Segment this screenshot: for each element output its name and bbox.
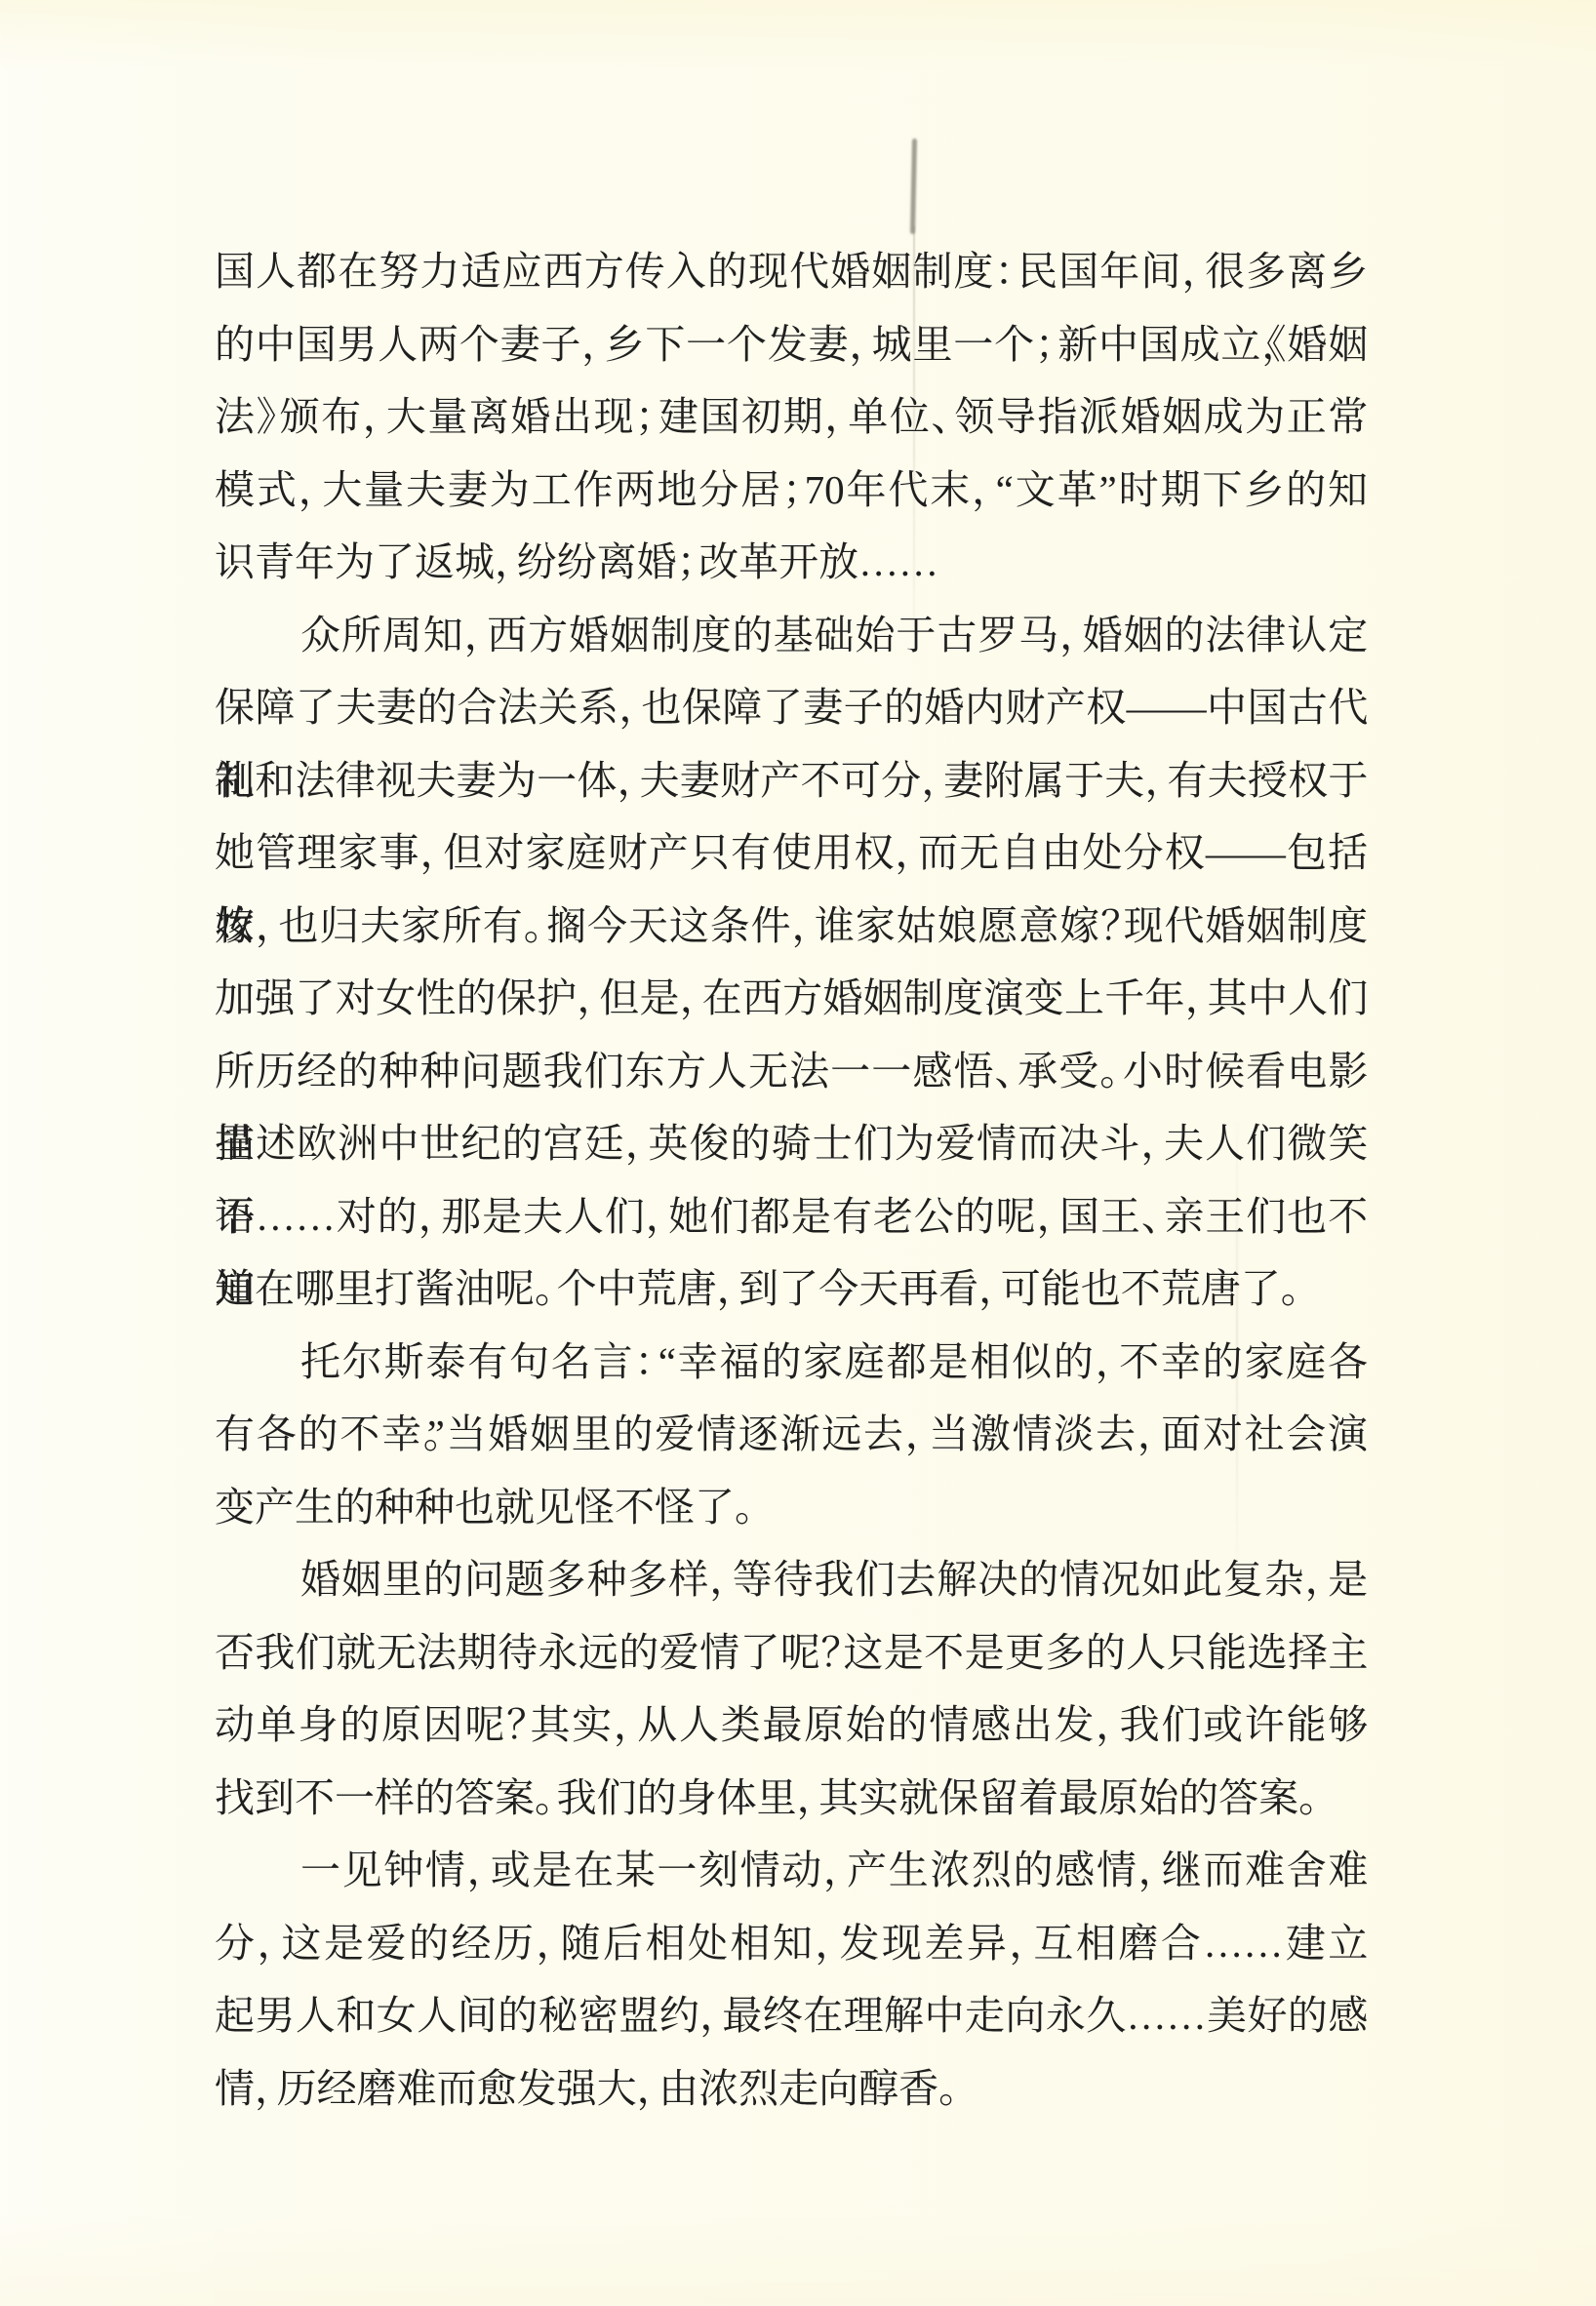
text-line-17: 有各的不幸。”当婚姻里的爱情逐渐远去，当激情淡去，面对社会演: [215, 1398, 1368, 1471]
punctuation: ，: [1059, 613, 1100, 657]
text-line-4: 模式，大量夫妻为工作两地分居；70年代末，“文革”时期下乡的知: [215, 454, 1368, 527]
text-line-24: 分，这是爱的经历，随后相处相知，发现差异，互相磨合……建立: [215, 1907, 1368, 1980]
text-line-2: 的中国男人两个妻子，乡下一个发妻，城里一个；新中国成立，《婚姻: [215, 308, 1368, 381]
punctuation: 。: [735, 1485, 775, 1530]
text-line-11: 加强了对女性的保护，但是，在西方婚姻制度演变上千年，其中人们: [215, 962, 1368, 1035]
text-line-7: 保障了夫妻的合法关系，也保障了妻子的婚内财产权——中国古代礼: [215, 671, 1368, 744]
punctuation: ，: [905, 1411, 947, 1456]
punctuation: ，: [823, 1848, 865, 1892]
text-line-9: 她管理家事，但对家庭财产只有使用权，而无自由处分权——包括嫁: [215, 816, 1368, 890]
punctuation: ；: [677, 539, 717, 584]
punctuation: ，: [614, 1702, 656, 1747]
text-line-19: 婚姻里的问题多种多样，等待我们去解决的情况如此复杂，是: [215, 1543, 1368, 1616]
book-page: 国人都在努力适应西方传入的现代婚姻制度：民国年间，很多离乡的中国男人两个妻子，乡…: [0, 0, 1596, 2306]
punctuation: ，: [255, 2066, 295, 2111]
text-line-15: 道在哪里打酱油呢。个中荒唐，到了今天再看，可能也不荒唐了。: [215, 1252, 1368, 1326]
punctuation: ，: [895, 830, 936, 875]
punctuation: 。: [535, 1266, 575, 1311]
punctuation: ，: [618, 685, 658, 730]
punctuation: ，: [824, 394, 866, 439]
punctuation: ，: [495, 539, 535, 584]
punctuation: ，: [467, 1848, 509, 1892]
punctuation: 。: [423, 1411, 445, 1456]
punctuation: ，: [1037, 1194, 1078, 1239]
punctuation: ，: [978, 1266, 1018, 1311]
punctuation: ；: [782, 467, 822, 512]
punctuation: ，: [791, 903, 832, 948]
punctuation: ，: [972, 467, 1014, 512]
text-line-16: 托尔斯泰有句名言：“幸福的家庭都是相似的，不幸的家庭各: [215, 1326, 1368, 1399]
text-line-5: 识青年为了返城，纷纷离婚；改革开放……: [215, 526, 1368, 599]
punctuation: ，: [646, 1194, 687, 1239]
text-line-18: 变产生的种种也就见怪不怪了。: [215, 1471, 1368, 1544]
punctuation: ，: [257, 1921, 299, 1966]
punctuation: ，: [1009, 1921, 1051, 1966]
punctuation: ，: [1140, 1121, 1181, 1166]
punctuation: ，: [797, 1775, 837, 1820]
page-text: 国人都在努力适应西方传入的现代婚姻制度：民国年间，很多离乡的中国男人两个妻子，乡…: [215, 235, 1368, 2125]
punctuation: ，: [256, 903, 297, 948]
punctuation: ，: [815, 1921, 857, 1966]
text-line-8: 制和法律视夫妻为一体，夫妻财产不可分，妻附属于夫，有夫授权于: [215, 744, 1368, 817]
punctuation: ，: [699, 1993, 739, 2038]
punctuation: ，: [709, 1557, 750, 1602]
text-line-3: 法》颁布，大量离婚出现；建国初期，单位、领导指派婚姻成为正常: [215, 380, 1368, 454]
punctuation: ，: [419, 1194, 459, 1239]
punctuation: ，: [581, 322, 622, 367]
punctuation: ：: [994, 249, 1035, 294]
punctuation: 。: [1099, 1049, 1140, 1093]
punctuation: ，: [1096, 1702, 1137, 1747]
punctuation: ，: [420, 830, 461, 875]
punctuation: ：: [634, 1339, 676, 1384]
punctuation: ；: [1035, 322, 1075, 367]
punctuation: ，: [1185, 975, 1225, 1020]
punctuation: 》: [257, 394, 299, 439]
punctuation: ？: [1100, 903, 1141, 948]
punctuation: ，: [625, 1121, 666, 1166]
text-line-26: 情，历经磨难而愈发强大，由浓烈走向醇香。: [215, 2052, 1368, 2126]
text-line-14: 语……对的，那是夫人们，她们都是有老公的呢，国王、亲王们也不知: [215, 1180, 1368, 1253]
text-line-10: 妆，也归夫家所有。搁今天这条件，谁家姑娘愿意嫁？现代婚姻制度: [215, 890, 1368, 963]
punctuation: 。: [1298, 1775, 1338, 1820]
text-line-20: 否我们就无法期待永远的爱情了呢？这是不是更多的人只能选择主: [215, 1616, 1368, 1690]
text-line-23: 一见钟情，或是在某一刻情动，产生浓烈的感情，继而难舍难: [215, 1834, 1368, 1907]
punctuation: ，: [1145, 758, 1185, 803]
punctuation: ，: [1181, 249, 1222, 294]
text-line-25: 起男人和女人间的秘密盟约，最终在理解中走向永久……美好的感: [215, 1979, 1368, 2052]
punctuation: ，: [577, 975, 617, 1020]
text-line-12: 所历经的种种问题我们东方人无法一一感悟、承受。小时候看电影里: [215, 1035, 1368, 1108]
punctuation: 、: [931, 394, 973, 439]
punctuation: ；: [635, 394, 675, 439]
punctuation: 。: [524, 903, 565, 948]
punctuation: ，: [618, 758, 658, 803]
punctuation: ，: [1138, 1848, 1180, 1892]
punctuation: ，: [464, 613, 505, 657]
punctuation: ，: [363, 394, 405, 439]
punctuation: ，: [536, 1921, 578, 1966]
punctuation: 、: [1141, 1194, 1182, 1239]
punctuation: 《: [1266, 322, 1287, 367]
text-line-13: 描述欧洲中世纪的宫廷，英俊的骑士们为爱情而决斗，夫人们微笑不: [215, 1107, 1368, 1180]
punctuation: 。: [938, 2066, 978, 2111]
text-line-22: 找到不一样的答案。我们的身体里，其实就保留着最原始的答案。: [215, 1762, 1368, 1835]
punctuation: ，: [637, 2066, 677, 2111]
punctuation: ？: [820, 1630, 860, 1675]
punctuation: ，: [849, 322, 890, 367]
paper-crease-dark: [910, 139, 917, 234]
punctuation: ，: [299, 467, 340, 512]
punctuation: 。: [535, 1775, 575, 1820]
punctuation: 、: [994, 1049, 1035, 1093]
text-line-1: 国人都在努力适应西方传入的现代婚姻制度：民国年间，很多离乡: [215, 235, 1368, 308]
punctuation: ？: [506, 1702, 548, 1747]
punctuation: ，: [921, 758, 961, 803]
punctuation: ，: [680, 975, 720, 1020]
text-line-6: 众所周知，西方婚姻制度的基础始于古罗马，婚姻的法律认定: [215, 599, 1368, 672]
punctuation: ，: [1305, 1557, 1346, 1602]
punctuation: ，: [717, 1266, 757, 1311]
punctuation: 。: [1281, 1266, 1321, 1311]
punctuation: ，: [1137, 1411, 1179, 1456]
text-line-21: 动单身的原因呢？其实，从人类最原始的情感出发，我们或许能够: [215, 1689, 1368, 1762]
punctuation: ，: [1096, 1339, 1137, 1384]
